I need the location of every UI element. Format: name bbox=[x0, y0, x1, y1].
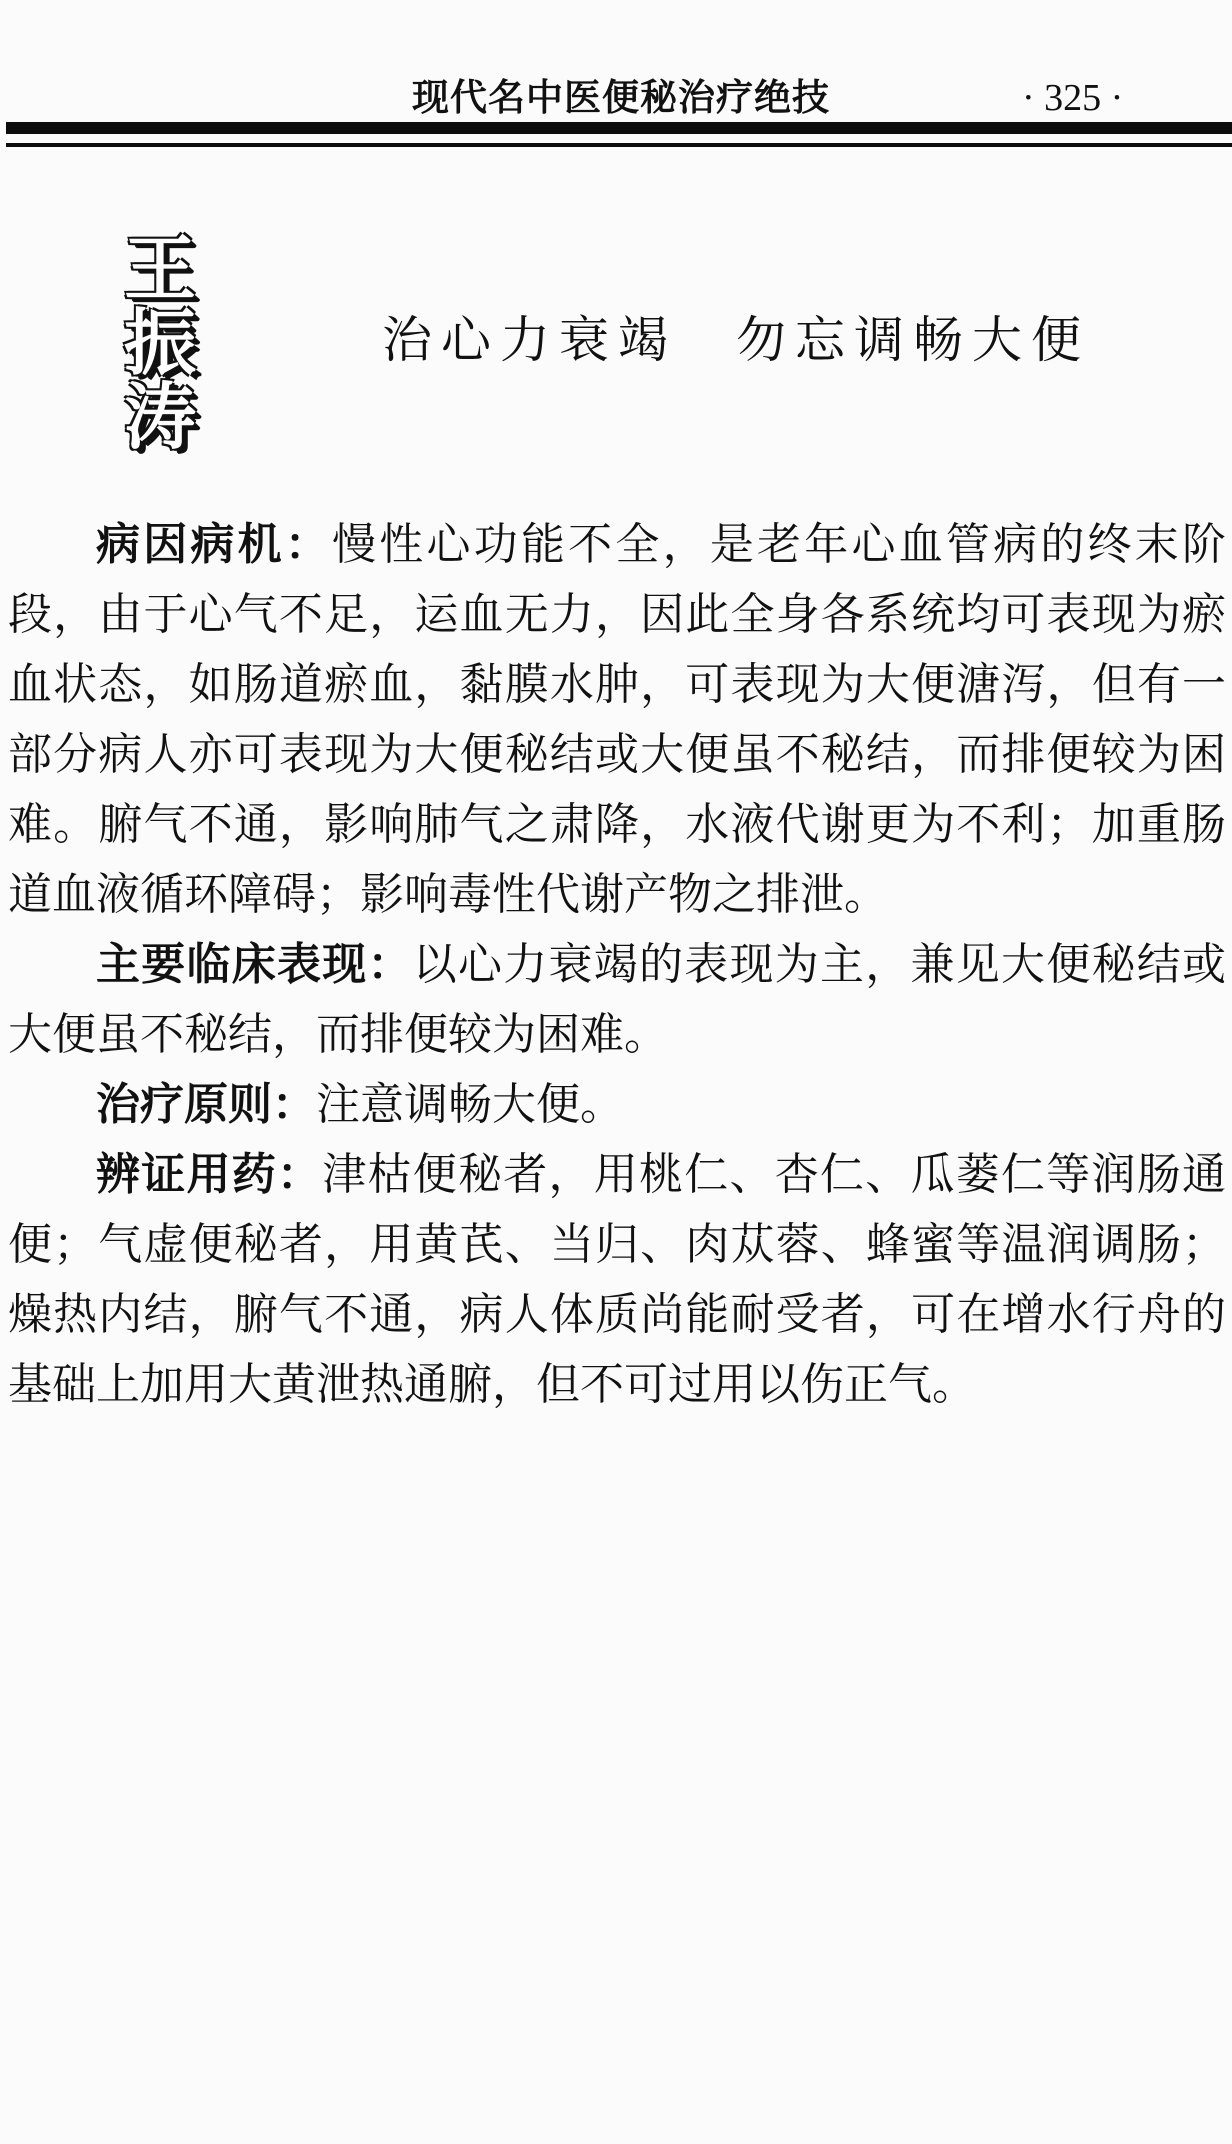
paragraph-etiology: 病因病机：慢性心功能不全，是老年心血管病的终末阶段，由于心气不足，运血无力，因此… bbox=[8, 510, 1226, 930]
article-heading: 治心力衰竭 勿忘调畅大便 bbox=[382, 308, 1090, 372]
author-char: 振 bbox=[100, 306, 220, 380]
book-title: 现代名中医便秘治疗绝技 bbox=[412, 76, 830, 120]
paragraph-label: 主要临床表现： bbox=[96, 939, 413, 990]
author-char: 涛 bbox=[100, 380, 220, 454]
author-char: 王 bbox=[100, 232, 220, 306]
author-name: 王 振 涛 bbox=[100, 232, 220, 454]
paragraph-text: 慢性心功能不全，是老年心血管病的终末阶段，由于心气不足，运血无力，因此全身各系统… bbox=[8, 519, 1226, 920]
paragraph-text: 注意调畅大便。 bbox=[316, 1079, 624, 1130]
paragraph-principle: 治疗原则：注意调畅大便。 bbox=[8, 1070, 1226, 1140]
paragraph-medication: 辨证用药：津枯便秘者，用桃仁、杏仁、瓜蒌仁等润肠通便；气虚便秘者，用黄芪、当归、… bbox=[8, 1140, 1226, 1420]
paragraph-label: 辨证用药： bbox=[96, 1149, 322, 1200]
running-head: 现代名中医便秘治疗绝技 · 325 · bbox=[0, 76, 1232, 120]
paragraph-clinical: 主要临床表现：以心力衰竭的表现为主，兼见大便秘结或大便虽不秘结，而排便较为困难。 bbox=[8, 930, 1226, 1070]
header-rule-thin bbox=[6, 143, 1232, 147]
article-body: 病因病机：慢性心功能不全，是老年心血管病的终末阶段，由于心气不足，运血无力，因此… bbox=[8, 510, 1226, 1420]
paragraph-label: 病因病机： bbox=[96, 519, 332, 570]
paragraph-label: 治疗原则： bbox=[96, 1079, 316, 1130]
header-rule-thick bbox=[6, 122, 1232, 134]
page-number: · 325 · bbox=[1022, 76, 1123, 120]
